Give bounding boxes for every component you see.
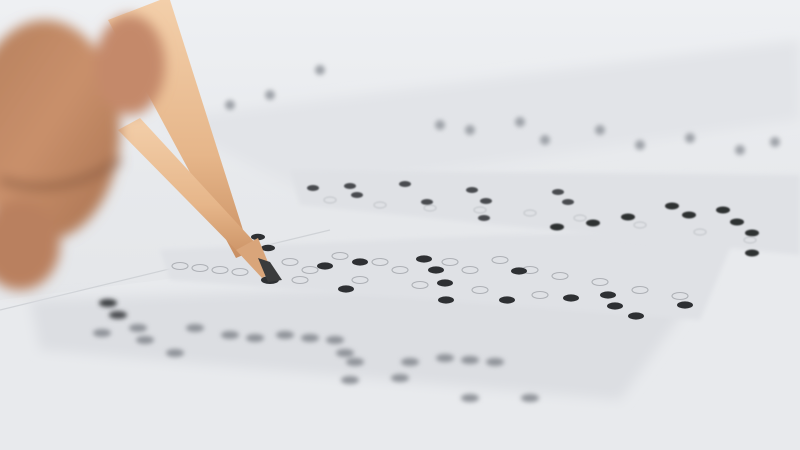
- photo-illustration: [0, 0, 800, 450]
- answer-sheet-photo: [0, 0, 800, 450]
